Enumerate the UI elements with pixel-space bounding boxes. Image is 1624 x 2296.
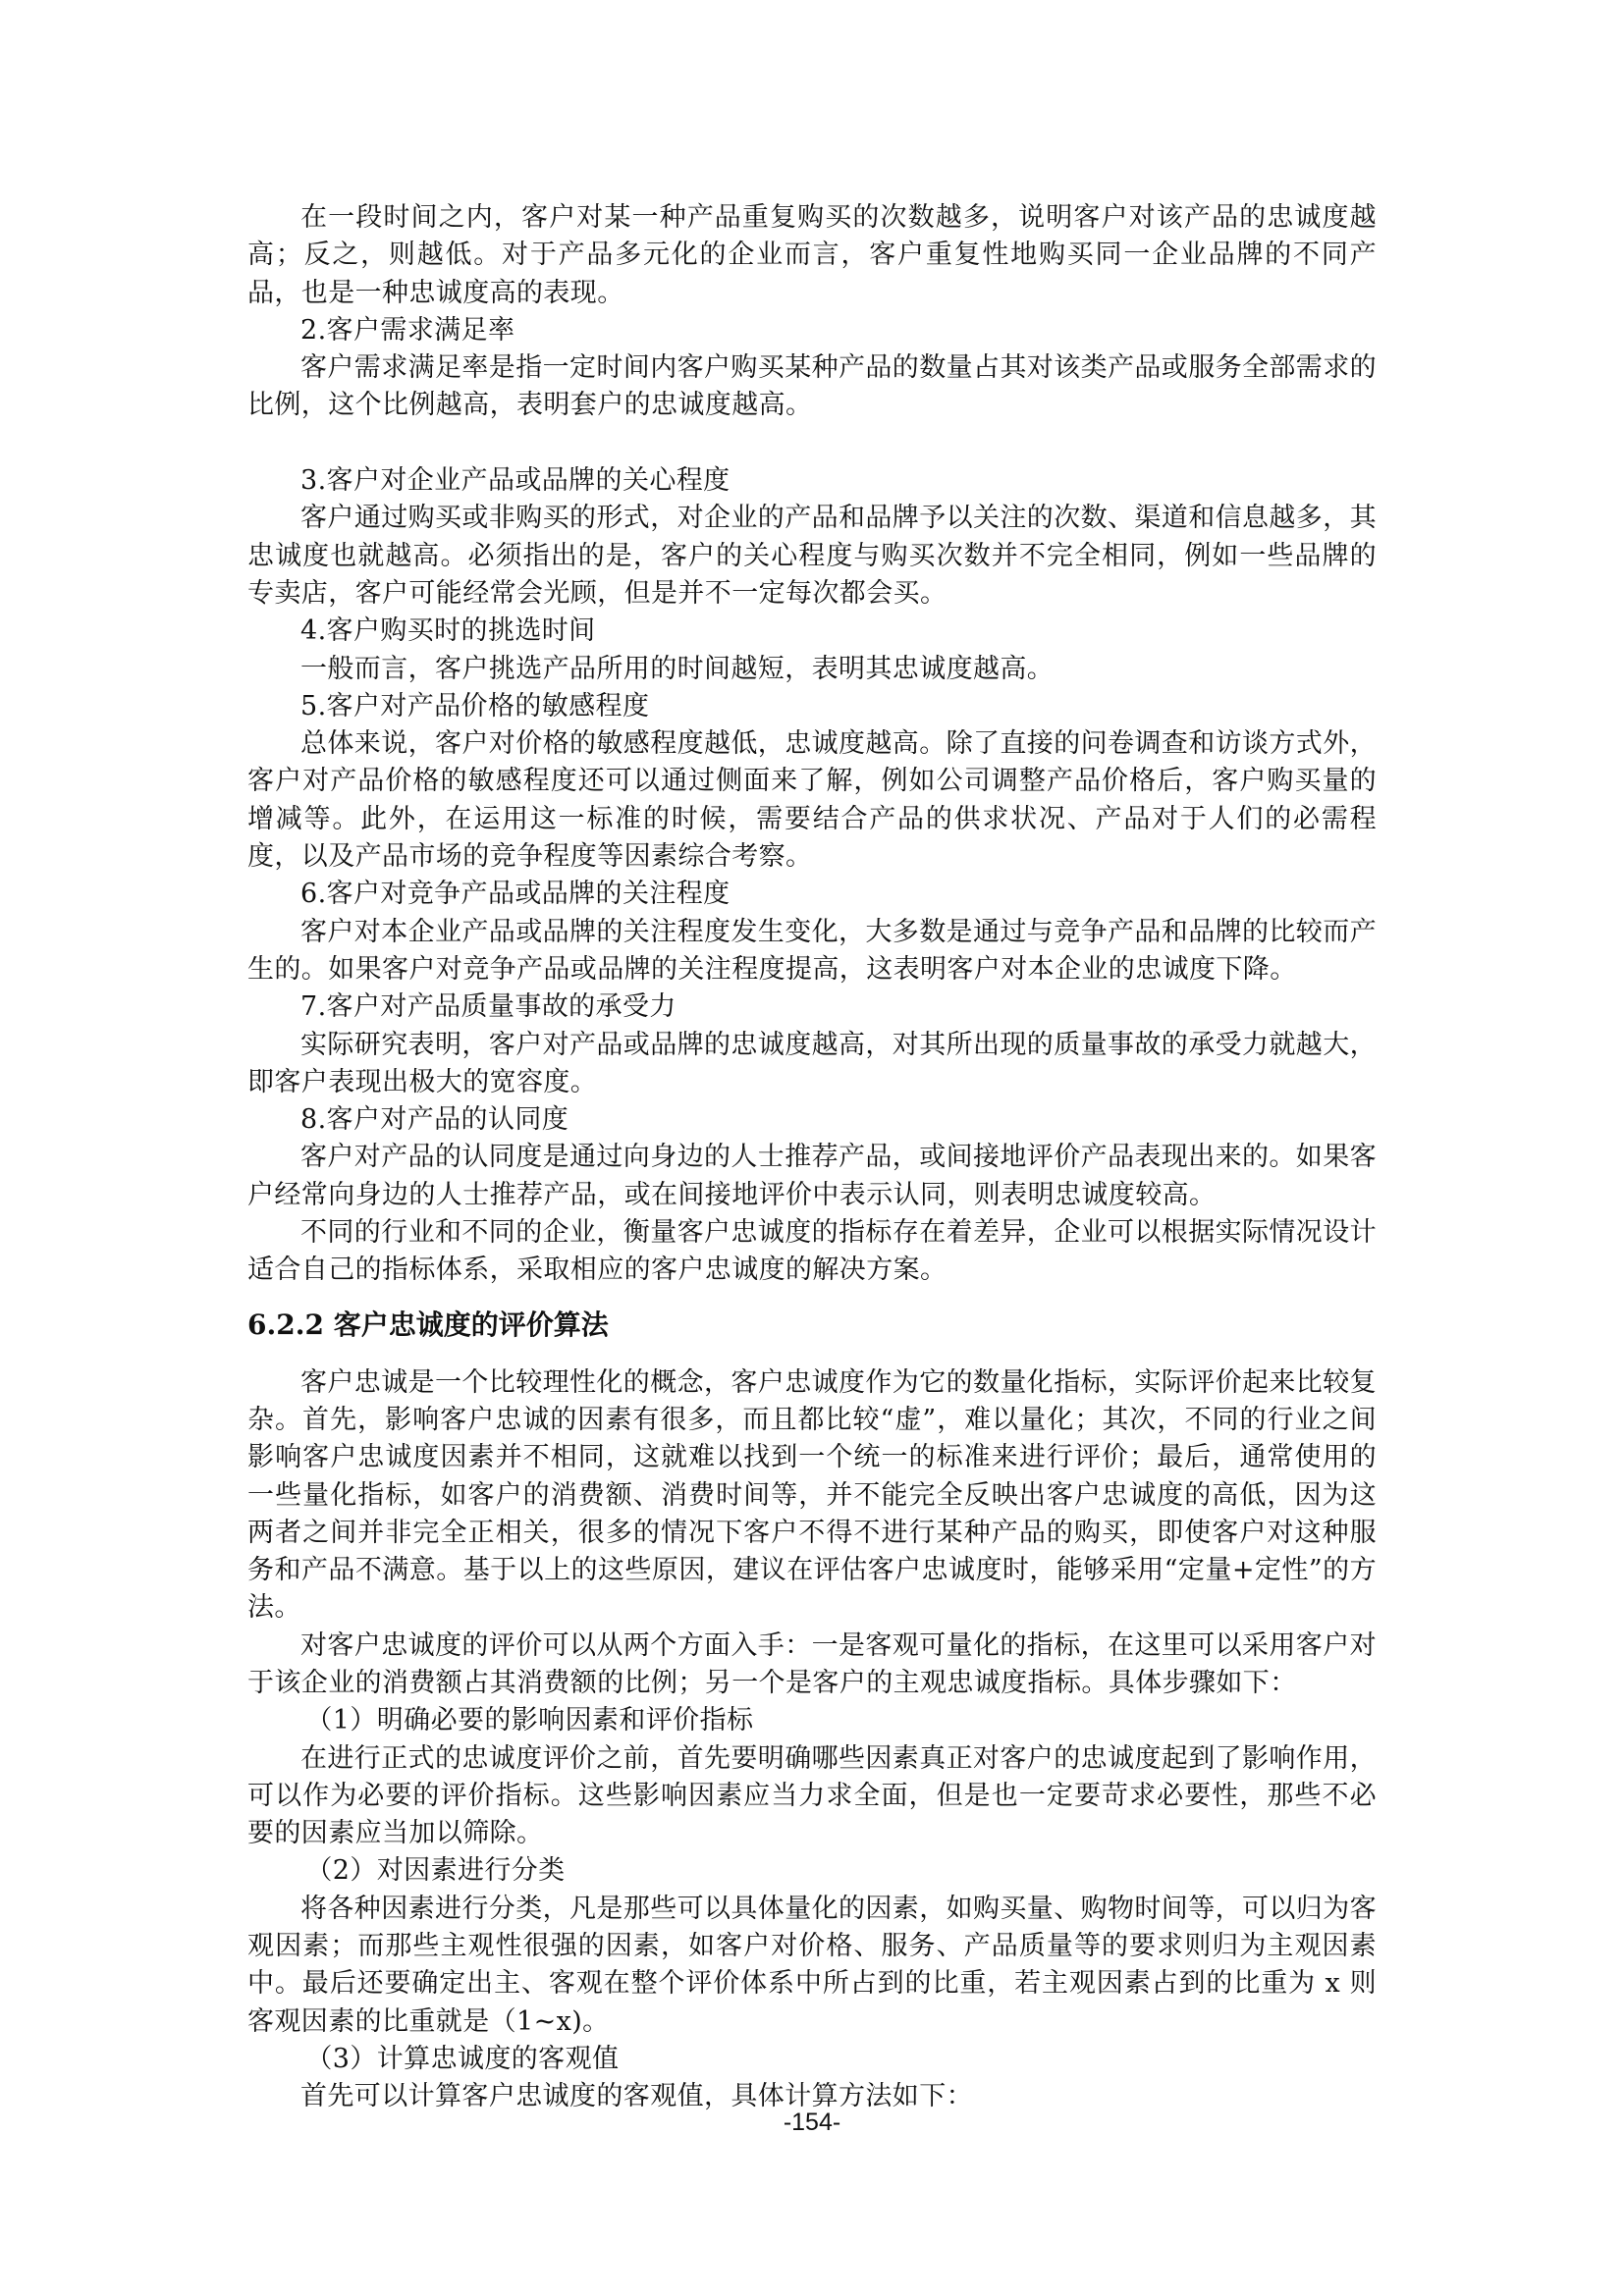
section-paragraph-2: 对客户忠诚度的评价可以从两个方面入手：一是客观可量化的指标，在这里可以采用客户对… [247, 1628, 1377, 1703]
blank-line [247, 425, 1377, 462]
step-title-1: （1）明确必要的影响因素和评价指标 [247, 1702, 1377, 1739]
indicator-body-6: 客户对本企业产品或品牌的关注程度发生变化，大多数是通过与竞争产品和品牌的比较而产… [247, 914, 1377, 989]
intro-paragraph: 在一段时间之内，客户对某一种产品重复购买的次数越多，说明客户对该产品的忠诚度越高… [247, 199, 1377, 312]
indicator-title-3: 3.客户对企业产品或品牌的关心程度 [247, 462, 1377, 500]
indicator-title-7: 7.客户对产品质量事故的承受力 [247, 988, 1377, 1026]
closing-paragraph: 不同的行业和不同的企业，衡量客户忠诚度的指标存在着差异，企业可以根据实际情况设计… [247, 1214, 1377, 1290]
indicator-body-5: 总体来说，客户对价格的敏感程度越低，忠诚度越高。除了直接的问卷调查和访谈方式外，… [247, 725, 1377, 876]
indicator-title-5: 5.客户对产品价格的敏感程度 [247, 688, 1377, 725]
step-title-2: （2）对因素进行分类 [247, 1852, 1377, 1890]
step-body-2: 将各种因素进行分类，凡是那些可以具体量化的因素，如购买量、购物时间等，可以归为客… [247, 1891, 1377, 2041]
page-number: -154- [0, 2109, 1624, 2137]
indicator-body-8: 客户对产品的认同度是通过向身边的人士推荐产品，或间接地评价产品表现出来的。如果客… [247, 1139, 1377, 1214]
indicator-body-3: 客户通过购买或非购买的形式，对企业的产品和品牌予以关注的次数、渠道和信息越多，其… [247, 500, 1377, 613]
indicator-title-2: 2.客户需求满足率 [247, 312, 1377, 349]
step-title-3: （3）计算忠诚度的客观值 [247, 2041, 1377, 2078]
indicator-title-6: 6.客户对竞争产品或品牌的关注程度 [247, 876, 1377, 913]
indicator-title-8: 8.客户对产品的认同度 [247, 1101, 1377, 1139]
indicator-body-4: 一般而言，客户挑选产品所用的时间越短，表明其忠诚度越高。 [247, 651, 1377, 688]
indicator-body-2: 客户需求满足率是指一定时间内客户购买某种产品的数量占其对该类产品或服务全部需求的… [247, 349, 1377, 425]
document-page: 在一段时间之内，客户对某一种产品重复购买的次数越多，说明客户对该产品的忠诚度越高… [247, 199, 1377, 2116]
section-heading: 6.2.2 客户忠诚度的评价算法 [247, 1307, 1377, 1344]
section-paragraph-1: 客户忠诚是一个比较理性化的概念，客户忠诚度作为它的数量化指标，实际评价起来比较复… [247, 1364, 1377, 1628]
step-body-1: 在进行正式的忠诚度评价之前，首先要明确哪些因素真正对客户的忠诚度起到了影响作用，… [247, 1740, 1377, 1853]
indicator-body-7: 实际研究表明，客户对产品或品牌的忠诚度越高，对其所出现的质量事故的承受力就越大，… [247, 1027, 1377, 1102]
indicator-title-4: 4.客户购买时的挑选时间 [247, 613, 1377, 650]
